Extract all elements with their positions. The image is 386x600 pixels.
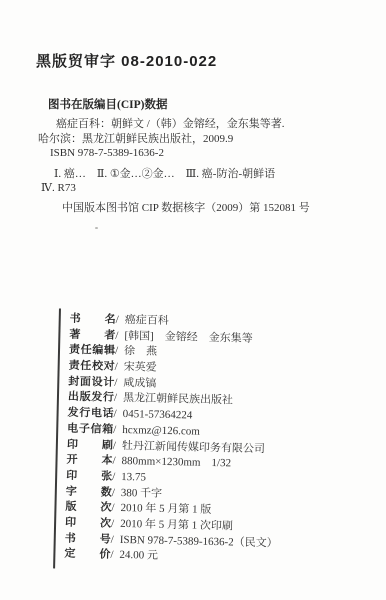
cip-classification-line1: Ⅰ. 癌… Ⅱ. ①金…②金… Ⅲ. 癌-防治-朝鲜语 bbox=[38, 167, 358, 182]
colophon-row-label: 开本 bbox=[66, 453, 112, 470]
cip-record-number: 中国版本图书馆 CIP 数据核字（2009）第 152081 号 bbox=[62, 199, 310, 215]
label-value-separator: / bbox=[116, 314, 119, 326]
label-value-separator: / bbox=[114, 392, 117, 404]
colophon-row-label: 发行电话 bbox=[67, 406, 113, 423]
cip-data-block: 癌症百科：朝鲜文 /（韩）金镕经，金东集等著. 哈尔滨：黑龙江朝鲜民族出版社，2… bbox=[38, 117, 358, 196]
colophon-row-label: 印刷 bbox=[67, 437, 113, 454]
cip-heading: 图书在版编目(CIP)数据 bbox=[48, 96, 167, 112]
colophon-row-label: 印张 bbox=[66, 469, 112, 486]
colophon-row-label: 定价 bbox=[64, 547, 110, 564]
colophon-row-label: 著者 bbox=[69, 327, 115, 344]
colophon-list: 书名/癌症百科 著者/[韩国] 金镕经 金东集等 责任编辑/徐 燕 责任校对/宋… bbox=[53, 308, 283, 573]
book-copyright-page: 黑版贸审字 08-2010-022 图书在版编目(CIP)数据 癌症百科：朝鲜文… bbox=[0, 0, 386, 600]
colophon-row-value: 宋英爱 bbox=[124, 361, 157, 374]
colophon-row-value: ISBN 978-7-5389-1636-2（民文） bbox=[120, 534, 278, 550]
cip-isbn: ISBN 978-7-5389-1636-2 bbox=[38, 146, 358, 161]
colophon-row-value: 24.00 元 bbox=[119, 549, 158, 562]
label-value-separator: / bbox=[110, 549, 113, 561]
colophon-row-label: 责任校对 bbox=[68, 359, 114, 376]
label-value-separator: / bbox=[115, 329, 118, 341]
label-value-separator: / bbox=[111, 502, 114, 514]
label-value-separator: / bbox=[113, 408, 116, 420]
colophon-row-value: 380 千字 bbox=[121, 487, 163, 500]
colophon-row-label: 字数 bbox=[66, 484, 112, 501]
label-value-separator: / bbox=[111, 533, 114, 545]
label-value-separator: / bbox=[112, 471, 115, 483]
colophon-row-value: 牡丹江新闻传媒印务有限公司 bbox=[122, 439, 265, 454]
colophon-row-label: 书号 bbox=[65, 531, 111, 548]
label-value-separator: / bbox=[113, 424, 116, 436]
colophon-row-value: hcxmz@126.com bbox=[122, 424, 200, 438]
label-value-separator: / bbox=[115, 345, 118, 357]
colophon-row-value: 2010 年 5 月第 1 版 bbox=[120, 502, 211, 516]
colophon-row-label: 电子信箱 bbox=[67, 422, 113, 439]
colophon-row-label: 封面设计 bbox=[68, 374, 114, 391]
label-value-separator: / bbox=[112, 486, 115, 498]
colophon-row-value: 癌症百科 bbox=[125, 314, 169, 327]
label-value-separator: / bbox=[115, 361, 118, 373]
colophon-row-label: 印次 bbox=[65, 516, 111, 533]
colophon-row-value: 880mm×1230mm 1/32 bbox=[121, 455, 231, 469]
label-value-separator: / bbox=[111, 518, 114, 530]
colophon-row-label: 出版发行 bbox=[68, 390, 114, 407]
label-value-separator: / bbox=[112, 455, 115, 467]
license-registration-number: 黑版贸审字 08-2010-022 bbox=[36, 50, 217, 71]
cip-title-statement: 癌症百科：朝鲜文 /（韩）金镕经，金东集等著. bbox=[38, 117, 358, 132]
colophon-row-value: 黑龙江朝鲜民族出版社 bbox=[123, 392, 233, 406]
cip-classification-line2: Ⅳ. R73 bbox=[38, 181, 358, 196]
colophon-row-label: 书名 bbox=[70, 312, 116, 329]
colophon-row-label: 版次 bbox=[65, 500, 111, 517]
cip-publisher-statement: 哈尔滨：黑龙江朝鲜民族出版社，2009.9 bbox=[38, 132, 358, 147]
colophon-row-value: 13.75 bbox=[121, 471, 146, 484]
scan-speck bbox=[95, 227, 98, 229]
colophon-row-label: 责任编辑 bbox=[69, 343, 115, 360]
colophon-row-value: 0451-57364224 bbox=[123, 408, 193, 422]
colophon-row-value: 徐 燕 bbox=[124, 345, 157, 358]
label-value-separator: / bbox=[114, 377, 117, 389]
colophon-row-value: 咸成镐 bbox=[123, 377, 156, 390]
colophon-row-value: 2010 年 5 月第 1 次印刷 bbox=[120, 518, 233, 533]
colophon-row-value: [韩国] 金镕经 金东集等 bbox=[124, 330, 253, 345]
label-value-separator: / bbox=[113, 439, 116, 451]
